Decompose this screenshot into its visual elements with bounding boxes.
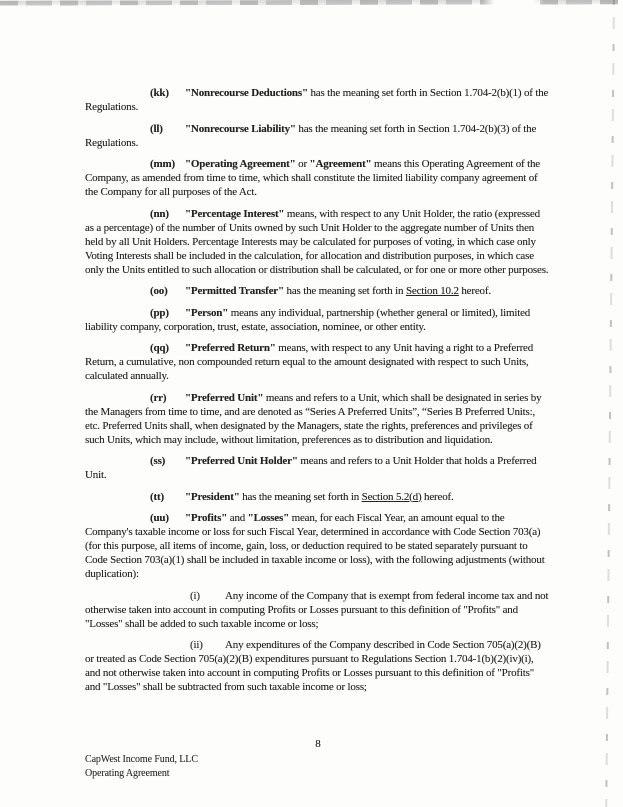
- paragraph: (nn)"Percentage Interest" means, with re…: [85, 207, 551, 277]
- defined-term: "Nonrecourse Liability": [185, 123, 296, 135]
- text-segment: or: [296, 158, 310, 170]
- paragraph: (i)Any income of the Company that is exe…: [85, 589, 551, 631]
- paragraph: (uu)"Profits" and "Losses" mean, for eac…: [85, 511, 551, 581]
- defined-term: "Preferred Unit Holder": [185, 455, 298, 467]
- defined-term: "Agreement": [310, 158, 372, 170]
- document-sheet: (kk)"Nonrecourse Deductions" has the mea…: [0, 0, 623, 807]
- footer-company-line: CapWest Income Fund, LLC: [85, 753, 198, 767]
- defined-term: "Losses": [248, 512, 289, 524]
- text-segment: hereof.: [421, 491, 453, 503]
- paragraph-label: (i): [190, 589, 225, 603]
- text-segment: hereof.: [459, 285, 491, 297]
- text-segment: and: [227, 512, 247, 524]
- text-segment: has the meaning set forth in: [284, 285, 406, 297]
- paragraph: (mm)"Operating Agreement" or "Agreement"…: [85, 157, 551, 199]
- paragraph-label: (uu): [150, 511, 185, 525]
- paragraph: (qq)"Preferred Return" means, with respe…: [85, 341, 551, 383]
- section-reference: Section 5.2(d): [362, 491, 422, 503]
- defined-term: "Preferred Unit": [185, 392, 263, 404]
- defined-term: "Person": [185, 307, 228, 319]
- paragraph: (pp)"Person" means any individual, partn…: [85, 306, 551, 334]
- scan-artifact-right-edge: [605, 0, 615, 807]
- page-number: 8: [85, 738, 551, 750]
- defined-term: "Operating Agreement": [185, 158, 296, 170]
- paragraph: (ss)"Preferred Unit Holder" means and re…: [85, 454, 551, 482]
- paragraph-label: (ll): [150, 122, 185, 136]
- document-footer: CapWest Income Fund, LLC Operating Agree…: [85, 753, 198, 780]
- paragraph-label: (qq): [150, 341, 185, 355]
- paragraph-label: (kk): [150, 86, 185, 100]
- scan-artifact-top-edge: [0, 0, 618, 6]
- footer-doc-title: Operating Agreement: [85, 767, 198, 781]
- paragraph-label: (nn): [150, 207, 185, 221]
- defined-term: "Permitted Transfer": [185, 285, 284, 297]
- paragraph-label: (mm): [150, 157, 185, 171]
- paragraph-label: (ii): [190, 638, 225, 652]
- definitions-list: (kk)"Nonrecourse Deductions" has the mea…: [85, 86, 551, 702]
- paragraph-label: (ss): [150, 454, 185, 468]
- paragraph: (kk)"Nonrecourse Deductions" has the mea…: [85, 86, 551, 114]
- section-reference: Section 10.2: [406, 285, 459, 297]
- paragraph-label: (pp): [150, 306, 185, 320]
- text-segment: Any income of the Company that is exempt…: [85, 590, 548, 630]
- defined-term: "Profits": [185, 512, 227, 524]
- defined-term: "Percentage Interest": [185, 208, 284, 220]
- text-segment: Any expenditures of the Company describe…: [85, 639, 541, 693]
- text-segment: has the meaning set forth in: [240, 491, 362, 503]
- paragraph-label: (rr): [150, 391, 185, 405]
- paragraph: (ii)Any expenditures of the Company desc…: [85, 638, 551, 694]
- paragraph: (oo)"Permitted Transfer" has the meaning…: [85, 284, 551, 298]
- paragraph: (rr)"Preferred Unit" means and refers to…: [85, 391, 551, 447]
- defined-term: "President": [185, 491, 240, 503]
- paragraph: (ll)"Nonrecourse Liability" has the mean…: [85, 122, 551, 150]
- paragraph-label: (oo): [150, 284, 185, 298]
- paragraph-label: (tt): [150, 490, 185, 504]
- defined-term: "Nonrecourse Deductions": [185, 87, 308, 99]
- paragraph: (tt)"President" has the meaning set fort…: [85, 490, 551, 504]
- defined-term: "Preferred Return": [185, 342, 276, 354]
